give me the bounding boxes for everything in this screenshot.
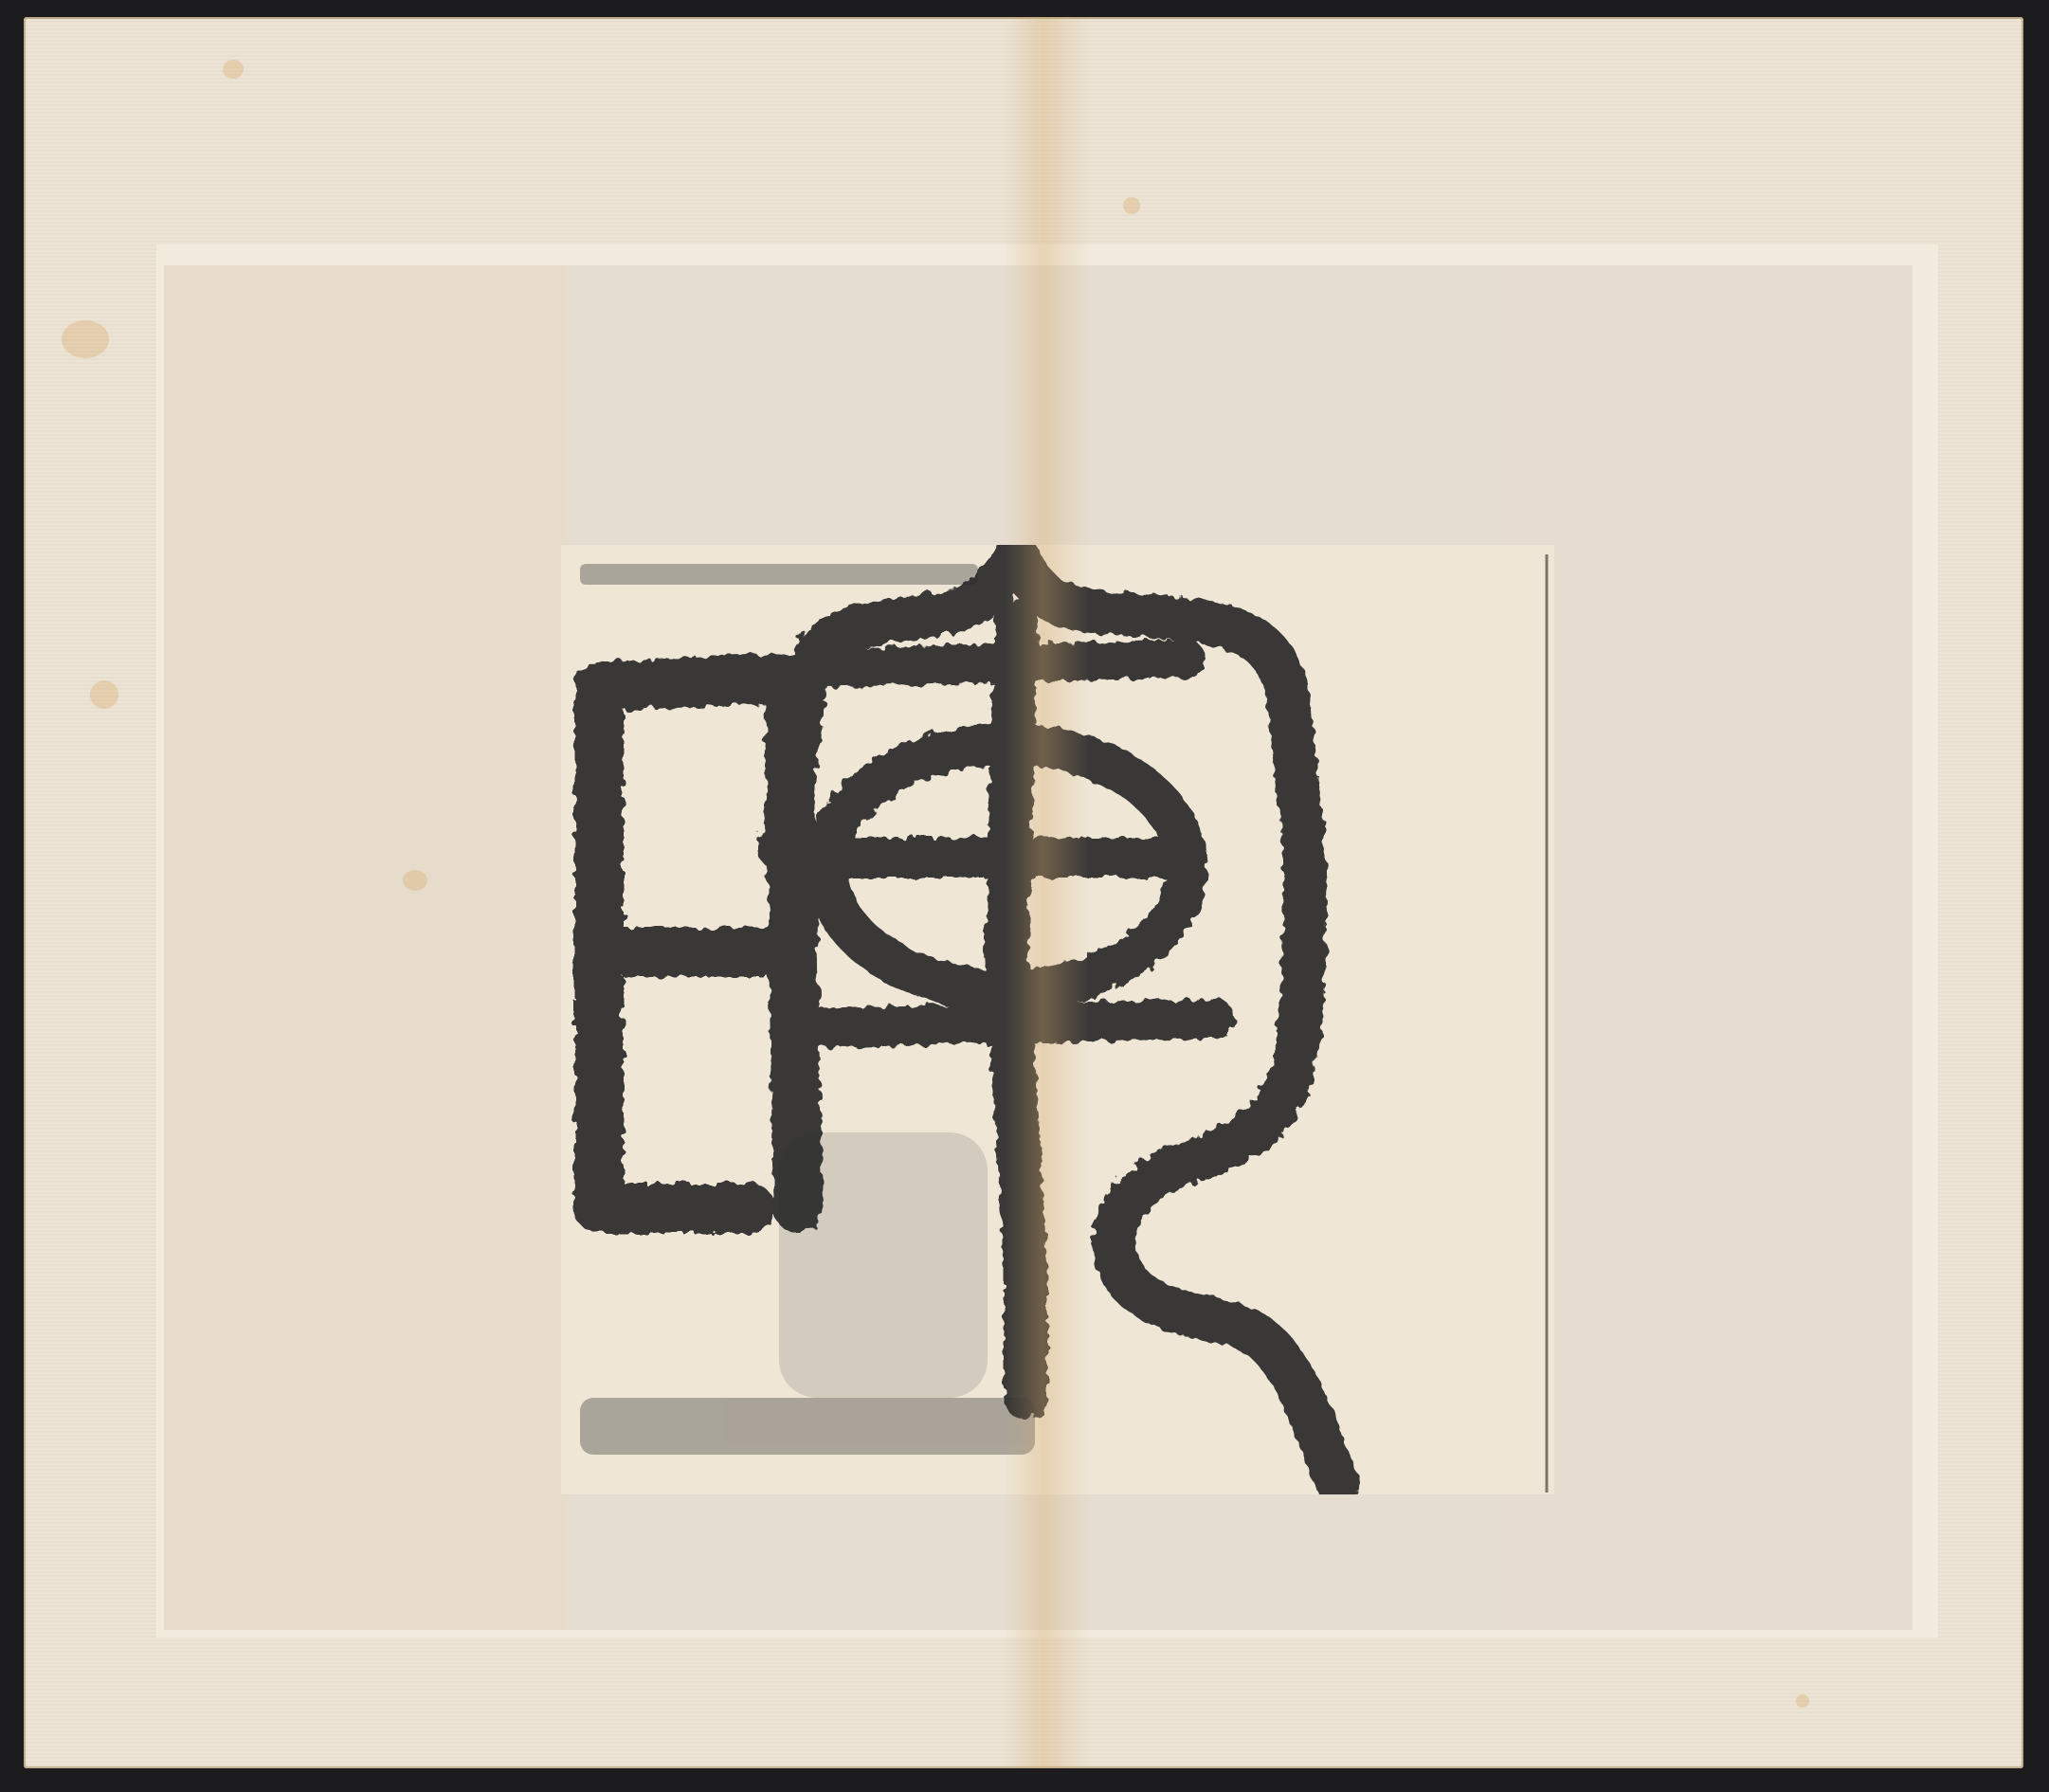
mount-panel-right — [1512, 265, 1913, 1630]
foxing-stain — [90, 680, 118, 709]
foxing-stain — [1123, 197, 1140, 214]
foxing-stain — [62, 320, 109, 358]
mount-panel-left — [164, 265, 567, 1630]
foxing-stain — [1796, 1694, 1809, 1708]
foxing-stain — [223, 60, 244, 79]
album-page — [24, 17, 2023, 1768]
center-fold — [1005, 17, 1090, 1768]
foxing-stain — [403, 870, 427, 891]
